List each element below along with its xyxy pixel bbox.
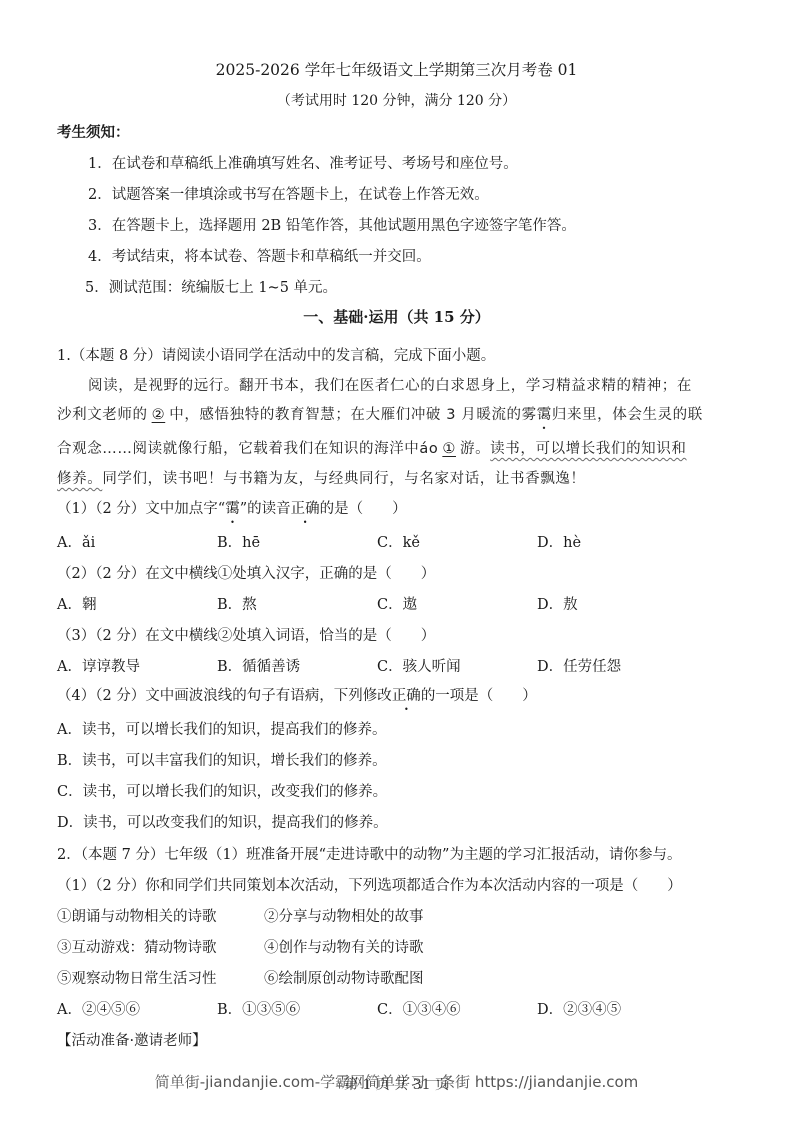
notice-item: 4．考试结束，将本试卷、答题卡和草稿纸一并交回。	[88, 245, 431, 266]
blank-2: ②	[148, 407, 170, 423]
exam-title: 2025-2026 学年七年级语文上学期第三次月考卷 01	[0, 58, 793, 80]
stem-text: 的一项是（ ）	[421, 688, 537, 704]
page-number: 第 1 页 共 31 页	[0, 1074, 793, 1094]
subquestion-1-2-stem: （2）（2 分）在文中横线①处填入汉字，正确的是（ ）	[57, 562, 435, 583]
option-a[interactable]: A．谆谆教导	[57, 655, 140, 676]
option-c[interactable]: C．骇人听闻	[377, 655, 461, 676]
option-c[interactable]: C．kě	[377, 531, 420, 552]
notice-item: 5．测试范围：统编版七上 1~5 单元。	[85, 276, 337, 297]
dotted-char: 霭	[537, 407, 552, 423]
option-b[interactable]: B．读书，可以丰富我们的知识，增长我们的修养。	[57, 749, 387, 770]
question-2-stem: 2．（本题 7 分）七年级（1）班准备开展“走进诗歌中的动物”为主题的学习汇报活…	[57, 843, 681, 864]
stem-text: （1）（2 分）文中加点字“	[57, 501, 225, 517]
option-d[interactable]: D．读书，可以改变我们的知识，提高我们的修养。	[57, 811, 388, 832]
exam-subtitle: （考试用时 120 分钟，满分 120 分）	[0, 90, 793, 110]
option-c[interactable]: C．遨	[377, 593, 417, 614]
passage-line: 沙利文老师的②中，感悟独特的教育智慧；在大雁们冲破 3 月暖流的雾霭归来里，体会…	[57, 403, 703, 424]
passage-text: 同学们，读书吧！与书籍为友，与经典同行，与名家对话，让书香飘逸！	[102, 471, 585, 487]
stem-text: 的是（ ）	[320, 501, 407, 517]
dotted-word: 正确	[392, 688, 421, 704]
notice-item: 3．在答题卡上，选择题用 2B 铅笔作答，其他试题用黑色字迹签字笔作答。	[88, 214, 576, 235]
option-b[interactable]: B．循循善诱	[217, 655, 300, 676]
subquestion-2-1-stem: （1）（2 分）你和同学们共同策划本次活动，下列选项都适合作为本次活动内容的一项…	[57, 874, 682, 895]
subquestion-1-4-stem: （4）（2 分）文中画波浪线的句子有语病，下列修改正确的一项是（ ）	[57, 684, 537, 705]
activity-item: ①朗诵与动物相关的诗歌	[57, 905, 217, 926]
option-a[interactable]: A．读书，可以增长我们的知识，提高我们的修养。	[57, 718, 386, 739]
passage-line: 阅读，是视野的远行。翻开书本，我们在医者仁心的白求恩身上，学习精益求精的精神；在	[88, 374, 692, 395]
activity-item: ⑥绘制原创动物诗歌配图	[264, 967, 424, 988]
blank-1: ①	[438, 441, 460, 457]
stem-text: ”的读音	[240, 501, 291, 517]
notice-item: 2．试题答案一律填涂或书写在答题卡上，在试卷上作答无效。	[88, 183, 489, 204]
subquestion-1-1-stem: （1）（2 分）文中加点字“霭”的读音正确的是（ ）	[57, 497, 407, 518]
option-b[interactable]: B．hē	[217, 531, 260, 552]
dotted-word: 正确	[291, 501, 320, 517]
activity-heading: 【活动准备·邀请老师】	[57, 1029, 207, 1050]
subquestion-1-3-stem: （3）（2 分）在文中横线②处填入词语，恰当的是（ ）	[57, 624, 435, 645]
option-b[interactable]: B．熬	[217, 593, 257, 614]
notice-item: 1．在试卷和草稿纸上准确填写姓名、准考证号、考场号和座位号。	[88, 152, 518, 173]
passage-text: 合观念……阅读就像行船，它载着我们在知识的海洋中áo	[57, 441, 438, 457]
passage-line: 修养。同学们，读书吧！与书籍为友，与经典同行，与名家对话，让书香飘逸！	[57, 467, 586, 488]
option-c[interactable]: C．①③④⑥	[377, 998, 461, 1019]
option-a[interactable]: A．翱	[57, 593, 96, 614]
option-c[interactable]: C．读书，可以增长我们的知识，改变我们的修养。	[57, 780, 387, 801]
option-d[interactable]: D．②③④⑤	[537, 998, 621, 1019]
option-b[interactable]: B．①③⑤⑥	[217, 998, 300, 1019]
activity-item: ④创作与动物有关的诗歌	[264, 936, 424, 957]
passage-text: 中，感悟独特的教育智慧；在大雁们冲破 3 月暖流的雾	[169, 407, 537, 423]
option-d[interactable]: D．敖	[537, 593, 578, 614]
option-d[interactable]: D．hè	[537, 531, 581, 552]
question-1-stem: 1.（本题 8 分）请阅读小语同学在活动中的发言稿，完成下面小题。	[57, 344, 495, 365]
activity-item: ③互动游戏：猜动物诗歌	[57, 936, 217, 957]
passage-text: 游。	[460, 441, 490, 457]
wavy-underlined-sentence: 修养。	[57, 471, 102, 487]
option-a[interactable]: A．②④⑤⑥	[57, 998, 140, 1019]
passage-line: 合观念……阅读就像行船，它载着我们在知识的海洋中áo①游。读书，可以增长我们的知…	[57, 437, 686, 458]
section-heading: 一、基础·运用（共 15 分）	[0, 306, 793, 327]
stem-text: （4）（2 分）文中画波浪线的句子有语病，下列修改	[57, 688, 392, 704]
option-d[interactable]: D．任劳任怨	[537, 655, 621, 676]
notice-heading: 考生须知：	[57, 121, 130, 142]
passage-text: 沙利文老师的	[57, 407, 148, 423]
wavy-underlined-sentence: 读书，可以增长我们的知识和	[490, 441, 686, 457]
dotted-char: 霭	[225, 501, 240, 517]
option-a[interactable]: A．ǎi	[57, 531, 95, 552]
activity-item: ⑤观察动物日常生活习性	[57, 967, 217, 988]
activity-item: ②分享与动物相处的故事	[264, 905, 424, 926]
passage-text: 归来里，体会生灵的联	[552, 407, 703, 423]
